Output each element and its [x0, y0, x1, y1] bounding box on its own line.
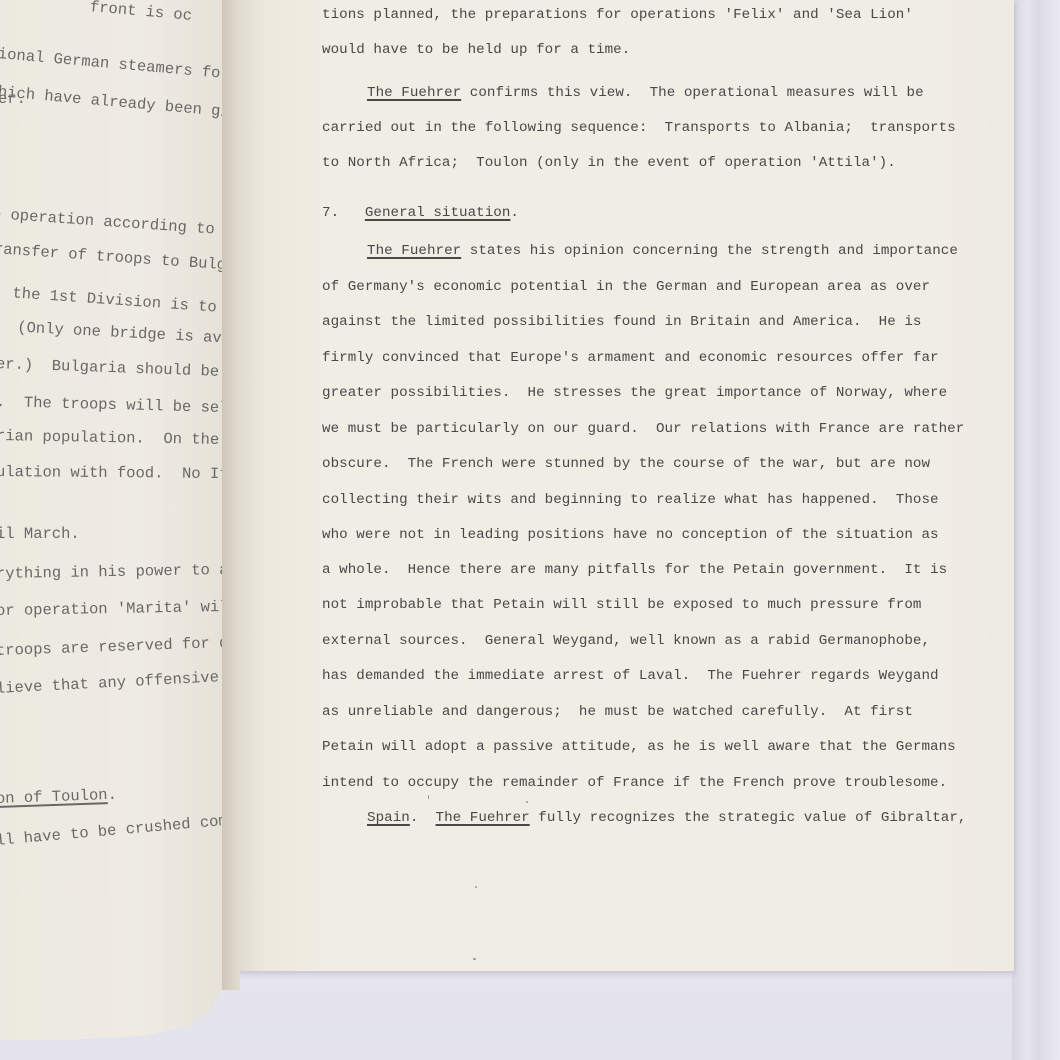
left-page-text: front is ocional German steamers forhich… — [0, 0, 222, 1000]
paper-speck — [473, 958, 476, 960]
underlined-text: General situation — [365, 205, 511, 221]
background-cloth — [1012, 0, 1060, 1060]
text-line: external sources. General Weygand, well … — [322, 633, 930, 649]
paper-speck — [428, 795, 429, 799]
underlined-text: The Fuehrer — [436, 810, 530, 826]
text-line: as unreliable and dangerous; he must be … — [322, 704, 913, 720]
text-line: er.) Bulgaria should be re — [0, 355, 222, 382]
text-line: to North Africa; Toulon (only in the eve… — [322, 155, 896, 171]
text-line: rything in his power to as — [0, 561, 222, 583]
section-number: 7. — [322, 205, 365, 221]
text-line: (Only one bridge is availa — [8, 318, 222, 349]
text-line: 7. General situation. — [322, 205, 519, 221]
text-line: front is oc — [89, 0, 193, 25]
text-line: Petain will adopt a passive attitude, as… — [322, 739, 956, 755]
text-line: or operation 'Marita' will b — [0, 597, 222, 620]
text-line: not improbable that Petain will still be… — [322, 597, 921, 613]
text-line: collecting their wits and beginning to r… — [322, 492, 939, 508]
underlined-text: The Fuehrer — [367, 85, 461, 101]
text-line: who were not in leading positions have n… — [322, 527, 939, 543]
paper-speck — [475, 886, 477, 888]
text-line: would have to be held up for a time. — [322, 42, 630, 58]
book-gutter — [222, 0, 240, 990]
text-line: ll have to be crushed comp — [0, 811, 222, 850]
underlined-text: The Fuehrer — [367, 243, 461, 259]
text-line: The Fuehrer confirms this view. The oper… — [367, 85, 924, 101]
text-line: hich have already been giv — [0, 83, 222, 122]
paper-speck — [526, 801, 528, 803]
text-line: ional German steamers for — [0, 45, 222, 83]
text-line: firmly convinced that Europe's armament … — [322, 350, 939, 366]
text-line: greater possibilities. He stresses the g… — [322, 385, 947, 401]
text-line: obscure. The French were stunned by the … — [322, 456, 930, 472]
text-line: against the limited possibilities found … — [322, 314, 921, 330]
text-line: e operation according to p — [0, 205, 222, 240]
text-line: we must be particularly on our guard. Ou… — [322, 421, 964, 437]
text-line: tions planned, the preparations for oper… — [322, 7, 913, 23]
text-line: has demanded the immediate arrest of Lav… — [322, 668, 939, 684]
text-line: . The troops will be self- — [0, 393, 222, 418]
text-line: intend to occupy the remainder of France… — [322, 775, 947, 791]
text-line: er. — [0, 90, 26, 108]
text-line: on of Toulon. — [0, 786, 117, 808]
text-line: lieve that any offensive ac — [0, 667, 222, 698]
text-line: carried out in the following sequence: T… — [322, 120, 956, 136]
text-line: ransfer of troops to Bulgar — [0, 240, 222, 275]
text-line: rian population. On the co — [0, 427, 222, 449]
text-line: , the 1st Division is to b — [0, 283, 222, 318]
text-line: ulation with food. No Ital — [0, 463, 222, 483]
text-line: The Fuehrer states his opinion concernin… — [367, 243, 958, 259]
text-line: Spain. The Fuehrer fully recognizes the … — [367, 810, 967, 826]
text-line: il March. — [0, 525, 80, 543]
text-line: of Germany's economic potential in the G… — [322, 279, 930, 295]
text-line: a whole. Hence there are many pitfalls f… — [322, 562, 947, 578]
text-line: troops are reserved for def — [0, 633, 222, 660]
underlined-text: Spain — [367, 810, 410, 826]
